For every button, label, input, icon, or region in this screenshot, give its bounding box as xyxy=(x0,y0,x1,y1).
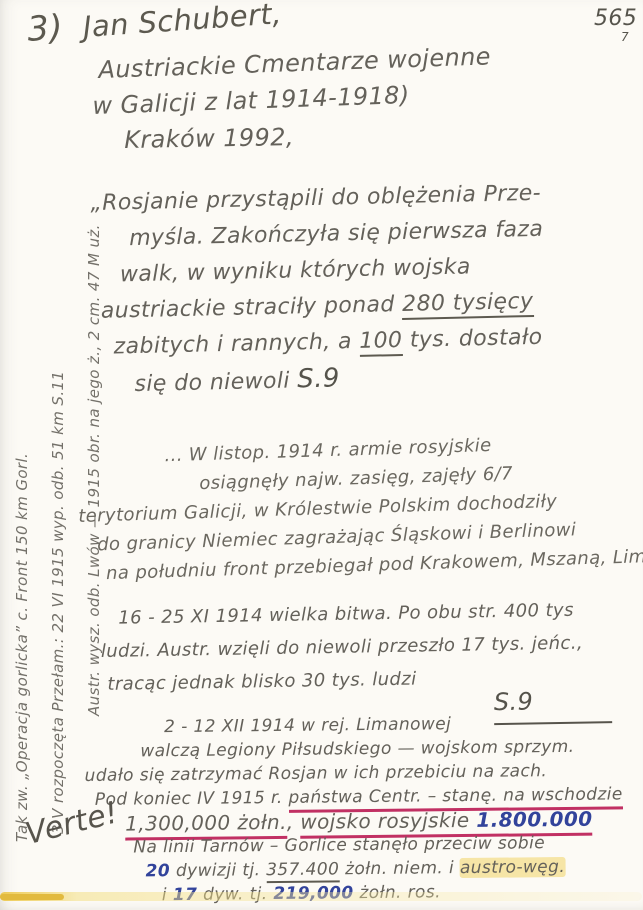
stat-1300000: 1,300,000 żołn. xyxy=(125,810,287,836)
title-line-3: Kraków 1992, xyxy=(124,123,294,154)
yellow-highlighter-stripe xyxy=(0,892,642,901)
stat-1800000: 1.800.000 xyxy=(476,807,592,832)
highlighted-austro-weg: austro-węg. xyxy=(460,857,565,878)
page-number-mark: 7 xyxy=(621,30,629,44)
comma: , xyxy=(287,810,301,834)
paragraph-limanowa-gorlice: 2 - 12 XII 1914 w rej. Limanowej walczą … xyxy=(84,710,624,908)
entry-number: 3) xyxy=(26,8,64,50)
title-line-2: w Galicji z lat 1914-1918) xyxy=(92,81,410,120)
note-text: żołn. niem. i xyxy=(339,858,460,879)
margin-note-line-1: Tak zw. „Operacja gorlicka” c. Front 150… xyxy=(4,150,40,842)
note-text: Pod koniec IV 1915 r. xyxy=(95,788,289,810)
paragraph-november-1914: ... W listop. 1914 r. armie rosyjskie os… xyxy=(76,424,643,589)
russian-army-label: wojsko rosyjskie xyxy=(300,808,476,834)
quote-text: tys. dostało xyxy=(402,325,543,353)
note-line: walczą Legiony Piłsudskiego — wojskom sp… xyxy=(140,734,622,763)
page-number: 565 xyxy=(594,6,637,31)
statistics-line: 1,300,000 żołn., wojsko rosyjskie 1.800.… xyxy=(125,806,623,835)
quote-text: zabitych i rannych, a xyxy=(113,329,359,360)
quote-text: austriackie straciły ponad xyxy=(101,292,403,324)
scanned-notebook-page: 565 7 3)Jan Schubert, Austriackie Cmenta… xyxy=(0,0,643,910)
divisions-line: 20 dywizji tj. 357.400 żołn. niem. i aus… xyxy=(146,854,624,883)
quote-text: się do niewoli xyxy=(134,368,297,397)
title-line-1: Austriackie Cmentarze wojenne xyxy=(98,42,491,84)
stat-280-thousand: 280 tysięcy xyxy=(402,289,534,320)
entry-heading: 3)Jan Schubert, xyxy=(26,0,283,50)
yellow-highlighter-accent xyxy=(0,894,64,900)
quote-line: się do niewoli S.9 xyxy=(134,356,547,403)
source-ref-s9: S.9 xyxy=(297,363,340,394)
margin-note-line-2: 3 V rozpoczęta Przełam.: 22 VI 1915 wyp.… xyxy=(40,150,76,834)
stat-100-thousand: 100 xyxy=(359,328,403,357)
stat-357400: 357.400 xyxy=(266,859,339,883)
stat-20-divisions: 20 xyxy=(146,861,171,881)
author-name: Jan Schubert, xyxy=(82,0,283,44)
note-text: dywizji tj. xyxy=(170,860,266,881)
quote-paragraph-siege: „Rosjanie przystąpili do oblężenia Prze-… xyxy=(90,176,547,404)
